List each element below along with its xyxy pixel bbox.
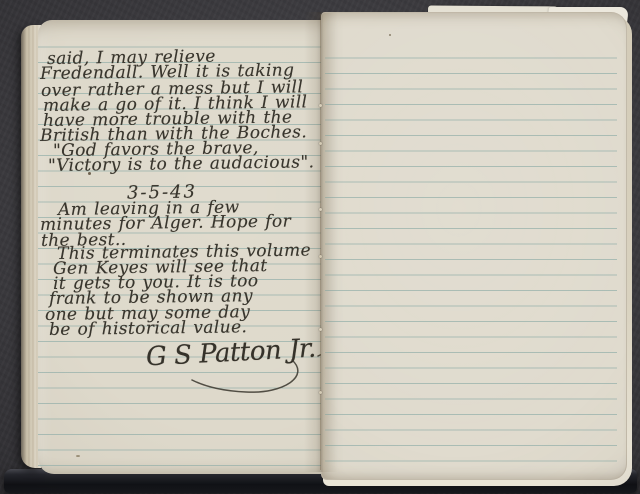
paper-speck <box>76 455 80 457</box>
binding-crease <box>320 14 321 470</box>
binding-stitches <box>319 104 322 107</box>
handwriting-line: be of historical value. <box>49 317 248 340</box>
right-page-blank <box>321 12 627 480</box>
left-page: said, I may relieve Fredendall. Well it … <box>38 20 321 474</box>
signature-flourish-stroke <box>134 346 344 400</box>
paper-speck <box>389 34 391 36</box>
photo-scene: said, I may relieve Fredendall. Well it … <box>0 0 640 494</box>
handwriting-line: "Victory is to the audacious". <box>48 152 315 176</box>
ruled-lines <box>325 43 617 469</box>
